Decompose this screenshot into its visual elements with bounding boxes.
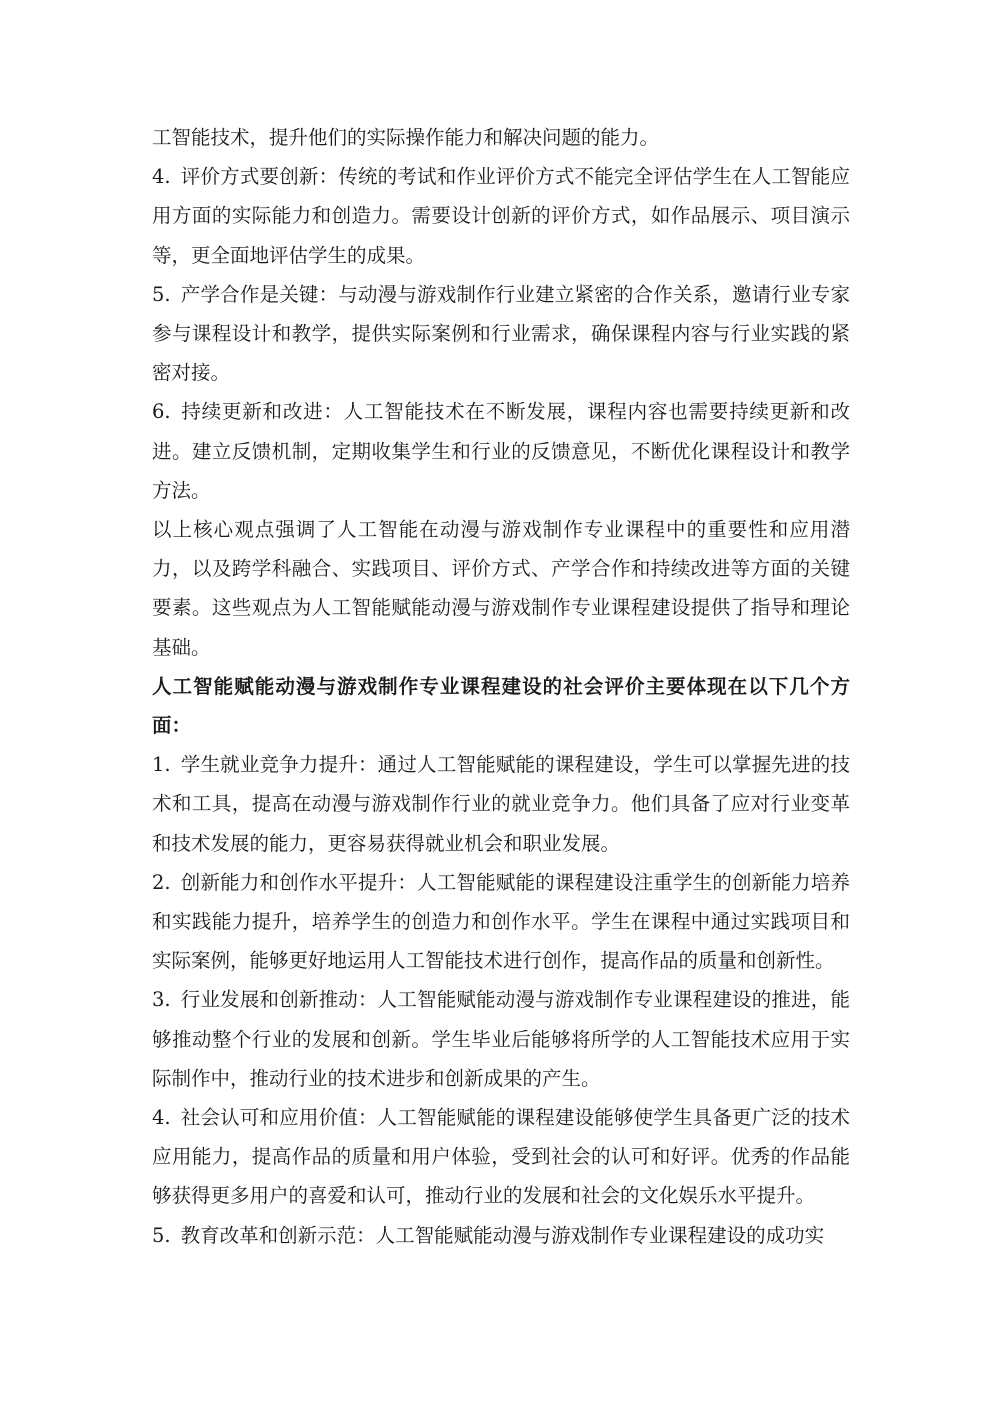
paragraph-text: 创新能力和创作水平提升：人工智能赋能的课程建设注重学生的创新能力培养和实践能力提… (152, 871, 850, 972)
paragraph-text: 教育改革和创新示范：人工智能赋能动漫与游戏制作专业课程建设的成功实 (181, 1224, 825, 1247)
paragraph-text: 评价方式要创新：传统的考试和作业评价方式不能完全评估学生在人工智能应用方面的实际… (152, 165, 850, 266)
paragraph-text: 以上核心观点强调了人工智能在动漫与游戏制作专业课程中的重要性和应用潜力，以及跨学… (152, 518, 850, 659)
paragraph-continuation: 工智能技术，提升他们的实际操作能力和解决问题的能力。 (152, 118, 850, 157)
list-number: 5. (152, 1216, 171, 1255)
list-item-industry-cooperation: 5.产学合作是关键：与动漫与游戏制作行业建立紧密的合作关系，邀请行业专家参与课程… (152, 275, 850, 393)
list-item-employment: 1.学生就业竞争力提升：通过人工智能赋能的课程建设，学生可以掌握先进的技术和工具… (152, 745, 850, 863)
list-item-continuous-improvement: 6.持续更新和改进：人工智能技术在不断发展，课程内容也需要持续更新和改进。建立反… (152, 392, 850, 510)
list-number: 5. (152, 275, 171, 314)
heading-text: 人工智能赋能动漫与游戏制作专业课程建设的社会评价主要体现在以下几个方面： (152, 675, 850, 737)
paragraph-text: 产学合作是关键：与动漫与游戏制作行业建立紧密的合作关系，邀请行业专家参与课程设计… (152, 283, 850, 384)
paragraph-text: 工智能技术，提升他们的实际操作能力和解决问题的能力。 (152, 126, 659, 149)
list-item-social-recognition: 4.社会认可和应用价值：人工智能赋能的课程建设能够使学生具备更广泛的技术应用能力… (152, 1098, 850, 1216)
summary-paragraph: 以上核心观点强调了人工智能在动漫与游戏制作专业课程中的重要性和应用潜力，以及跨学… (152, 510, 850, 667)
paragraph-text: 学生就业竞争力提升：通过人工智能赋能的课程建设，学生可以掌握先进的技术和工具，提… (152, 753, 850, 854)
document-page: 工智能技术，提升他们的实际操作能力和解决问题的能力。 4.评价方式要创新：传统的… (152, 118, 850, 1255)
list-number: 6. (152, 392, 171, 431)
section-heading: 人工智能赋能动漫与游戏制作专业课程建设的社会评价主要体现在以下几个方面： (152, 667, 850, 745)
paragraph-text: 行业发展和创新推动：人工智能赋能动漫与游戏制作专业课程建设的推进，能够推动整个行… (152, 988, 850, 1089)
paragraph-text: 社会认可和应用价值：人工智能赋能的课程建设能够使学生具备更广泛的技术应用能力，提… (152, 1106, 850, 1207)
list-number: 1. (152, 745, 171, 784)
list-item-creativity: 2.创新能力和创作水平提升：人工智能赋能的课程建设注重学生的创新能力培养和实践能… (152, 863, 850, 981)
list-number: 2. (152, 863, 171, 902)
list-item-industry-development: 3.行业发展和创新推动：人工智能赋能动漫与游戏制作专业课程建设的推进，能够推动整… (152, 980, 850, 1098)
list-item-education-reform: 5.教育改革和创新示范：人工智能赋能动漫与游戏制作专业课程建设的成功实 (152, 1216, 850, 1255)
list-item-evaluation-innovation: 4.评价方式要创新：传统的考试和作业评价方式不能完全评估学生在人工智能应用方面的… (152, 157, 850, 275)
paragraph-text: 持续更新和改进：人工智能技术在不断发展，课程内容也需要持续更新和改进。建立反馈机… (152, 400, 850, 501)
list-number: 4. (152, 157, 171, 196)
list-number: 3. (152, 980, 171, 1019)
list-number: 4. (152, 1098, 171, 1137)
